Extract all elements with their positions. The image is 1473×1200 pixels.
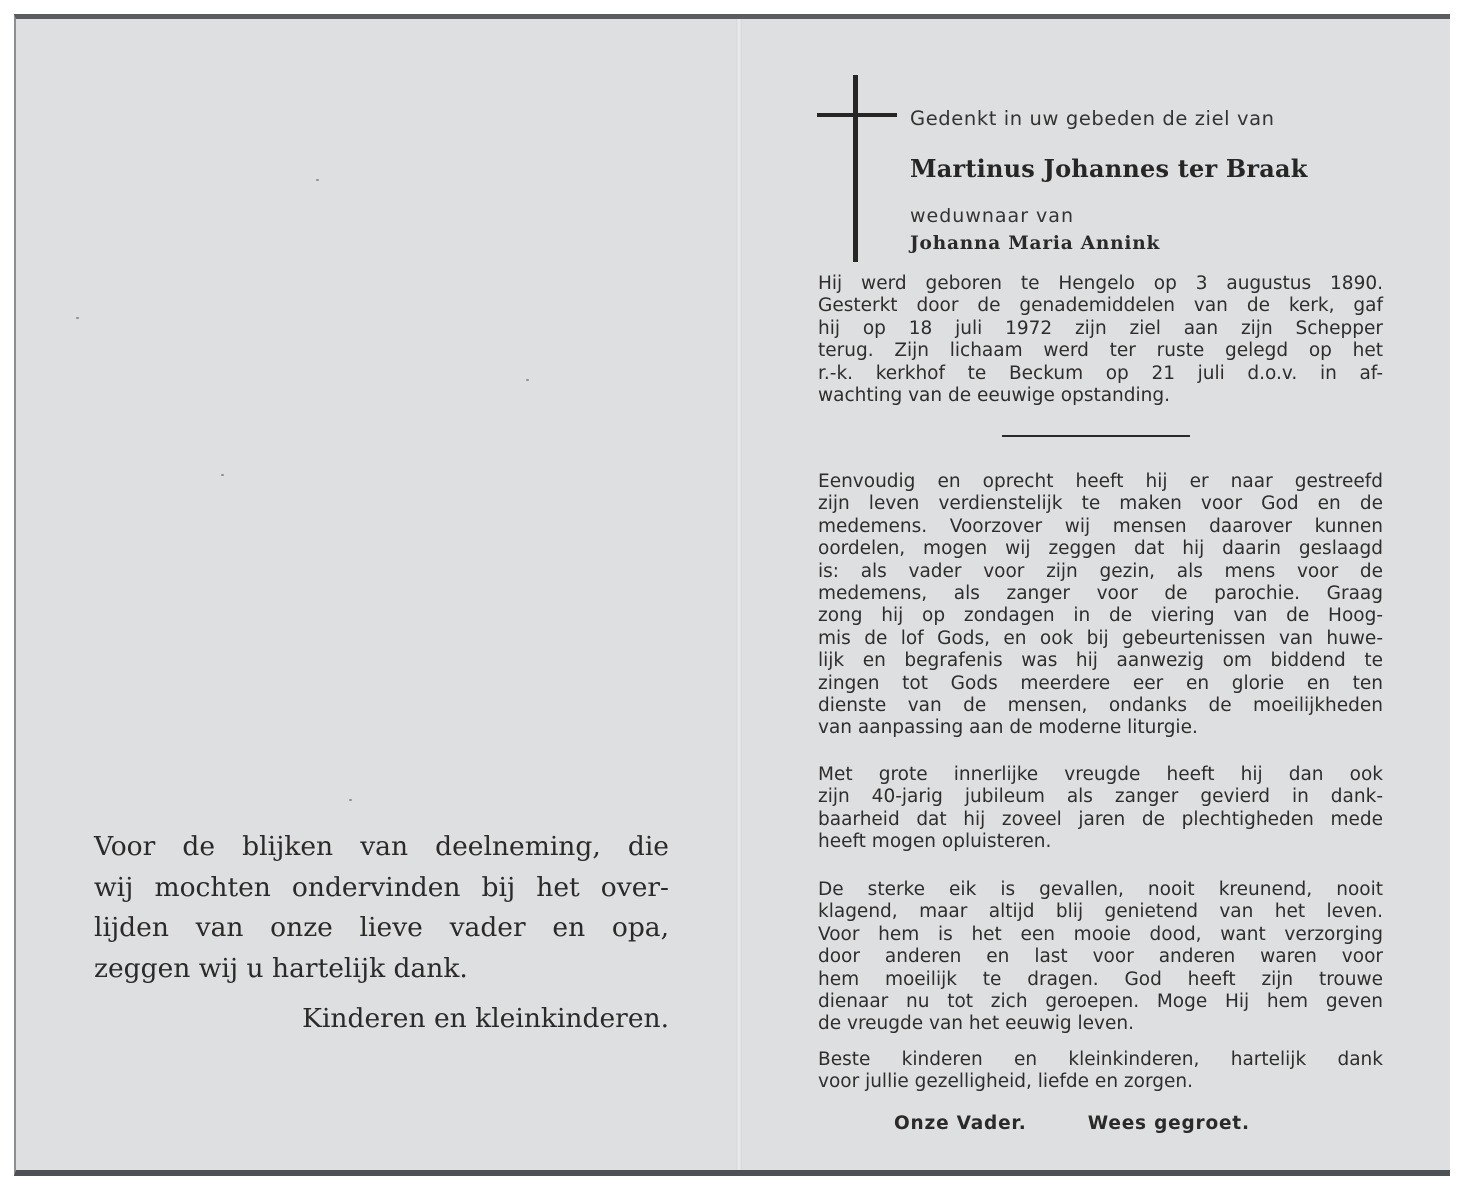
acknowledgement-line: zeggen wij u hartelijk dank. — [94, 949, 669, 990]
acknowledgement-line: Voor de blijken van deelneming, die — [94, 827, 669, 868]
text-line: is: als vader voor zijn gezin, als mens … — [818, 561, 1383, 583]
text-line: heeft mogen opluisteren. — [818, 831, 1383, 853]
tribute-paragraph: Eenvoudig en oprecht heeft hij er naar g… — [818, 471, 1383, 740]
prayer-hail-mary: Wees gegroet. — [1088, 1113, 1250, 1134]
text-line: lijk en begrafenis was hij aanwezig om b… — [818, 650, 1383, 672]
text-line: dienste van de mensen, ondanks de moeili… — [818, 695, 1383, 717]
acknowledgement-line: lijden van onze lieve vader en opa, — [94, 908, 669, 949]
text-line: van aanpassing aan de moderne liturgie. — [818, 717, 1383, 739]
text-line: oordelen, mogen wij zeggen dat hij daari… — [818, 538, 1383, 560]
prayers: Onze Vader. Wees gegroet. — [894, 1113, 1304, 1134]
text-line: de vreugde van het eeuwig leven. — [818, 1013, 1383, 1035]
text-line: hij op 18 juli 1972 zijn ziel aan zijn S… — [818, 318, 1383, 340]
paper-speck — [316, 179, 319, 181]
spouse-name: Johanna Maria Annink — [910, 233, 1160, 254]
text-line: door anderen en last voor anderen waren … — [818, 946, 1383, 968]
text-line: zijn leven verdienstelijk te maken voor … — [818, 493, 1383, 515]
right-panel: Gedenkt in uw gebeden de ziel van Martin… — [742, 19, 1452, 1170]
biography-paragraph: Hij werd geboren te Hengelo op 3 augustu… — [818, 273, 1383, 407]
text-line: dienaar nu tot zich geroepen. Moge Hij h… — [818, 991, 1383, 1013]
acknowledgement-line: wij mochten ondervinden bij het over- — [94, 868, 669, 909]
text-line: De sterke eik is gevallen, nooit kreunen… — [818, 879, 1383, 901]
text-line: baarheid dat hij zoveel jaren de plechti… — [818, 809, 1383, 831]
text-line: klagend, maar altijd blij genietend van … — [818, 901, 1383, 923]
intro-text: Gedenkt in uw gebeden de ziel van — [910, 107, 1275, 130]
memorial-card: Voor de blijken van deelneming, die wij … — [14, 14, 1450, 1176]
text-line: wachting van de eeuwige opstanding. — [818, 385, 1383, 407]
paper-speck — [526, 379, 529, 381]
text-line: hem moeilijk te dragen. God heeft zijn t… — [818, 969, 1383, 991]
text-line: zong hij op zondagen in de viering van d… — [818, 605, 1383, 627]
paper-speck — [221, 474, 224, 476]
acknowledgement-signature: Kinderen en kleinkinderen. — [94, 999, 669, 1040]
paper-speck — [76, 317, 79, 319]
section-divider — [1002, 435, 1190, 437]
left-panel: Voor de blijken van deelneming, die wij … — [16, 19, 736, 1170]
text-line: terug. Zijn lichaam werd ter ruste geleg… — [818, 340, 1383, 362]
paper-speck — [349, 799, 352, 801]
deceased-name: Martinus Johannes ter Braak — [910, 154, 1308, 183]
text-line: zingen tot Gods meerdere eer en glorie e… — [818, 673, 1383, 695]
text-line: mis de lof Gods, en ook bij gebeurteniss… — [818, 628, 1383, 650]
text-line: zijn 40-jarig jubileum als zanger gevier… — [818, 786, 1383, 808]
widower-label: weduwnaar van — [910, 205, 1074, 227]
text-line: Beste kinderen en kleinkinderen, harteli… — [818, 1049, 1383, 1071]
prayer-our-father: Onze Vader. — [894, 1113, 1027, 1134]
text-line: medemens, als zanger voor de parochie. G… — [818, 583, 1383, 605]
text-line: Gesterkt door de genademiddelen van de k… — [818, 295, 1383, 317]
text-line: Eenvoudig en oprecht heeft hij er naar g… — [818, 471, 1383, 493]
jubilee-paragraph: Met grote innerlijke vreugde heeft hij d… — [818, 764, 1383, 854]
text-line: Voor hem is het een mooie dood, want ver… — [818, 924, 1383, 946]
text-line: Met grote innerlijke vreugde heeft hij d… — [818, 764, 1383, 786]
text-line: medemens. Voorzover wij mensen daarover … — [818, 516, 1383, 538]
text-line: voor jullie gezelligheid, liefde en zorg… — [818, 1071, 1383, 1093]
family-paragraph: Beste kinderen en kleinkinderen, harteli… — [818, 1049, 1383, 1094]
text-line: Hij werd geboren te Hengelo op 3 augustu… — [818, 273, 1383, 295]
text-line: r.-k. kerkhof te Beckum op 21 juli d.o.v… — [818, 363, 1383, 385]
acknowledgement-text: Voor de blijken van deelneming, die wij … — [94, 827, 669, 1040]
oak-paragraph: De sterke eik is gevallen, nooit kreunen… — [818, 879, 1383, 1036]
